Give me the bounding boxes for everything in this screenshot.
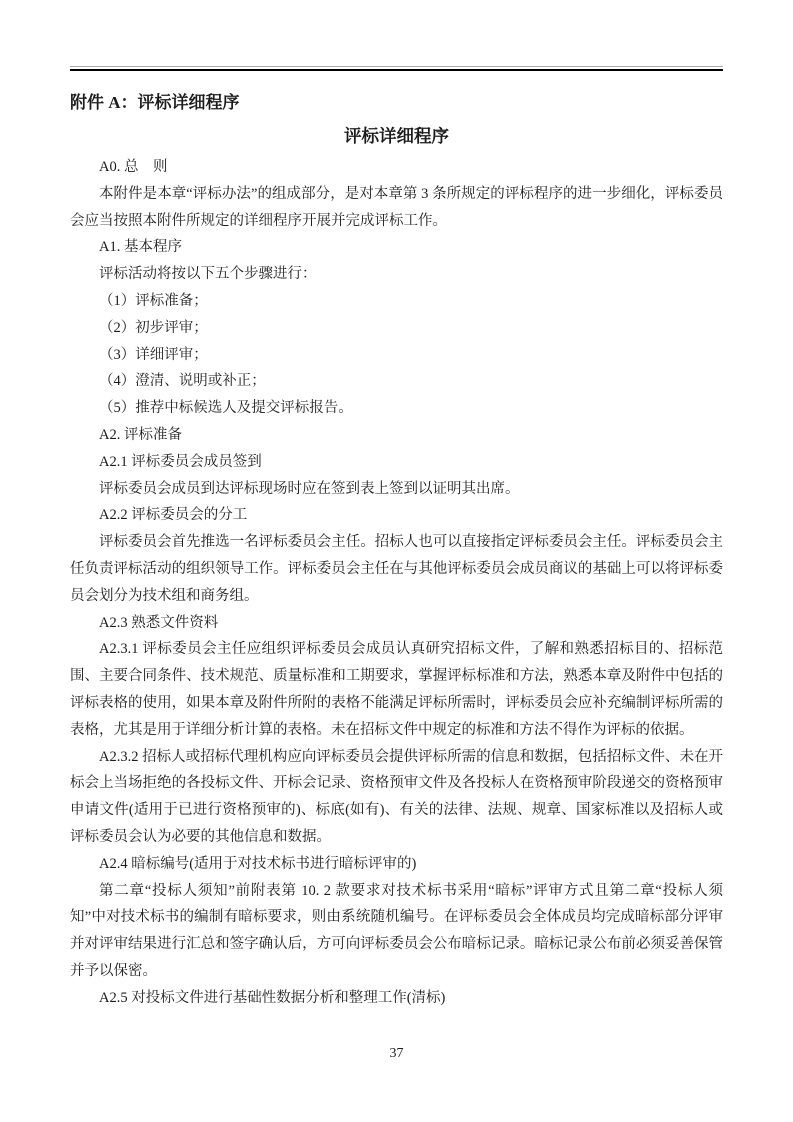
paragraph: 评标活动将按以下五个步骤进行： — [70, 261, 723, 288]
document-title: 评标详细程序 — [70, 125, 723, 147]
paragraph: A2.1 评标委员会成员签到 — [70, 449, 723, 476]
paragraph: A2.3.2 招标人或招标代理机构应向评标委员会提供评标所需的信息和数据，包括招… — [70, 744, 723, 851]
paragraph: A2.4 暗标编号(适用于对技术标书进行暗标评审的) — [70, 851, 723, 878]
paragraph: A2. 评标准备 — [70, 422, 723, 449]
page-content: 附件 A：评标详细程序 评标详细程序 A0. 总 则本附件是本章“评标办法”的组… — [0, 66, 793, 1012]
paragraph: （4）澄清、说明或补正； — [70, 368, 723, 395]
paragraph: 本附件是本章“评标办法”的组成部分，是对本章第 3 条所规定的评标程序的进一步细… — [70, 181, 723, 235]
paragraph: （5）推荐中标候选人及提交评标报告。 — [70, 395, 723, 422]
attachment-heading: 附件 A：评标详细程序 — [70, 92, 723, 114]
paragraph: （3）详细评审； — [70, 342, 723, 369]
document-page: 附件 A：评标详细程序 评标详细程序 A0. 总 则本附件是本章“评标办法”的组… — [0, 0, 793, 1122]
paragraph: A1. 基本程序 — [70, 234, 723, 261]
paragraph: 评标委员会首先推选一名评标委员会主任。招标人也可以直接指定评标委员会主任。评标委… — [70, 529, 723, 609]
paragraph: （2）初步评审； — [70, 315, 723, 342]
paragraph: 评标委员会成员到达评标现场时应在签到表上签到以证明其出席。 — [70, 476, 723, 503]
document-body: A0. 总 则本附件是本章“评标办法”的组成部分，是对本章第 3 条所规定的评标… — [70, 154, 723, 1012]
paragraph: A2.3 熟悉文件资料 — [70, 610, 723, 637]
paragraph: A2.3.1 评标委员会主任应组织评标委员会成员认真研究招标文件，了解和熟悉招标… — [70, 636, 723, 743]
paragraph: A2.2 评标委员会的分工 — [70, 502, 723, 529]
page-number: 37 — [0, 1046, 793, 1062]
paragraph: 第二章“投标人须知”前附表第 10. 2 款要求对技术标书采用“暗标”评审方式且… — [70, 878, 723, 985]
header-rule — [70, 66, 723, 71]
paragraph: A0. 总 则 — [70, 154, 723, 181]
paragraph: （1）评标准备； — [70, 288, 723, 315]
paragraph: A2.5 对投标文件进行基础性数据分析和整理工作(清标) — [70, 985, 723, 1012]
